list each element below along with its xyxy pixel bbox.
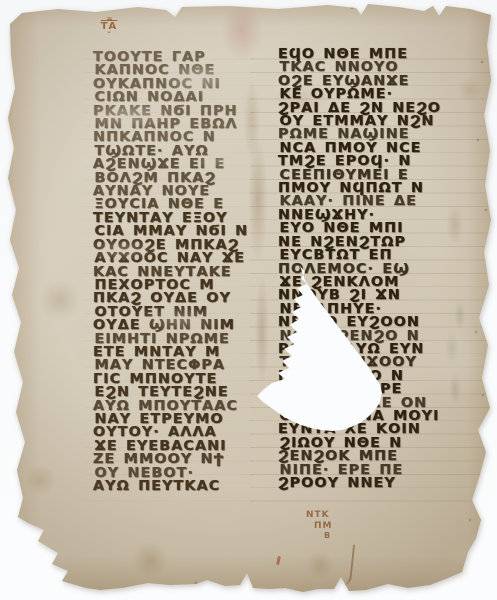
- text-line: ΜΑΥ ΝΤΕϹΦΡΑ: [95, 359, 249, 372]
- colophon-line-1: ΝΤΚ: [306, 510, 333, 521]
- text-line: ΚΕ ΟΥΡΩΜΕ·: [280, 88, 443, 101]
- text-line: ϨΡΑΙ ΔΕ ϨΝ ΝΕϨΟ: [278, 102, 441, 115]
- text-line: ΠΕΧΟΡΤΟϹ Μ: [95, 279, 249, 292]
- text-column-left: ΤΟΟΥΤΕ ΓΑΡΚΑΠΝΟϹ ΝΘΕΟΥΚΑΠΝΟϹ ΝΙϹΙΩΝ ΝΟΔΑ…: [93, 51, 233, 493]
- parchment-leaf: = ΤΑ ˇ ΤΟΟΥΤΕ ΓΑΡΚΑΠΝΟϹ ΝΘΕΟΥΚΑΠΝΟϹ ΝΙϹΙ…: [0, 0, 497, 600]
- text-line: ΟΥΟΟϨΕ ΜΠΚΑϨ: [93, 239, 247, 252]
- page-number: = ΤΑ ˇ: [97, 16, 121, 39]
- colophon-line-2: ΠΜ: [314, 521, 333, 531]
- text-line: ΡΩΜΕ ΝΑϢΙΝΕ: [278, 128, 441, 141]
- text-line: ΕΙΜΗΤΙ ΝΡΩΜΕ: [95, 333, 249, 346]
- text-line: ΑϨΕΝϢϪΕ ΕΙ Ε: [93, 158, 247, 171]
- text-line: ΞΟΥϹΙΑ ΝΘΕ Ε: [95, 198, 249, 211]
- text-line: ϪΕ ΕΥΕΒΑϹΑΝΙ: [95, 440, 249, 453]
- text-line: ϹΙΑ ΜΜΑΥ ΝϬΙ Ν: [95, 225, 249, 238]
- text-line: ϹΕΕΠΙΘΥΜΕΙ Ε: [280, 169, 443, 182]
- text-line: ΝϹΑ ΠΜΟΥ ΝϹΕ: [280, 142, 443, 155]
- text-line: ΚΑΠΝΟϹ ΝΘΕ: [95, 64, 249, 77]
- text-line: ΝΝΕϢϪΗΥ·: [278, 209, 441, 222]
- manuscript-leaf-wrap: = ΤΑ ˇ ΤΟΟΥΤΕ ΓΑΡΚΑΠΝΟϹ ΝΘΕΟΥΚΑΠΝΟϹ ΝΙϹΙ…: [0, 0, 497, 600]
- text-line: ΟΤΟΥΕΤ ΝΙΜ: [95, 306, 249, 319]
- text-line: ΑΥΩ ΜΠΟΥΤΑΑϹ: [93, 400, 247, 413]
- colophon-line-3: Β: [324, 531, 333, 540]
- manuscript-photo: { "artifact": { "description_label": "Co…: [0, 0, 497, 600]
- text-line: ΠΜΟΥ ΝϤΠΩΤ Ν: [278, 182, 441, 195]
- text-line: ΟΥΚΑΠΝΟϹ ΝΙ: [93, 78, 247, 91]
- text-line: ΑΥΝΑΥ ΝΟΥΕ: [93, 185, 247, 198]
- text-line: ΤΚΑϹ ΝΝΟΥΟ: [280, 61, 443, 74]
- text-line: ϹΙΩΝ ΝΟΔΑΙ: [95, 91, 249, 104]
- text-line: ΒΟΛϨΜ ΠΚΑϨ: [95, 172, 249, 185]
- text-line: ΖΕ ΜΜΟΟΥ ΝϮ: [93, 453, 247, 466]
- text-line: ΕϤΟ ΝΘΕ ΜΠΕ: [278, 48, 441, 61]
- text-line: ΟΥΤΟΥ· ΑΛΛΑ: [93, 426, 247, 439]
- page-number-mark-bottom: ˇ: [97, 32, 121, 39]
- text-line: ΟΥ ΝΕΒΟΤ·: [95, 467, 249, 480]
- text-line: ΝΕ ΝϨΕΝϨΤΩΡ: [278, 236, 441, 249]
- text-line: ΤΟΟΥΤΕ ΓΑΡ: [93, 51, 247, 64]
- text-line: ΜΝ ΠΑΗΡ ΕΒΩΛ: [95, 118, 249, 131]
- text-line: ΑΥΩ ΠΕΥΤΚΑϹ: [93, 480, 247, 493]
- text-line: ΤΜϨΕ ΕΡΟϤ· Ν: [278, 155, 441, 168]
- colophon-inscription: ΝΤΚ ΠΜ Β: [296, 510, 333, 540]
- text-line: ϨΙΩΟΥ ΝΘΕ Ν: [280, 437, 443, 450]
- red-ink-mark: [276, 556, 281, 565]
- text-line: ΝΑΥ ΕΤΡΕΥΜΟ: [95, 413, 249, 426]
- colophon-flourish-stroke: [339, 543, 355, 586]
- text-line: ΡΚΑΚΕ ΝϬΙ ΠΡΗ: [93, 105, 247, 118]
- text-line: ΚΑΑΥ· ΠΙΝΕ ΔΕ: [280, 195, 443, 208]
- text-line: ΚΑϹ ΝΝΕΥΤΑΚΕ: [93, 266, 247, 279]
- text-line: ΕϨΝ ΤΕΥΤΕϨΝΕ: [95, 386, 249, 399]
- text-line: ΕΥϹΒΤΩΤ ΕΠ: [280, 249, 443, 262]
- text-line: ΤΕΥΝΤΑΥ ΕΞΟΥ: [93, 212, 247, 225]
- text-line: ΝΠΚΑΠΝΟϹ Ν: [93, 131, 247, 144]
- text-line: ΤϢΩΤΕ· ΑΥΩ: [95, 145, 249, 158]
- text-line: ΟϨΕ ΕΥϢΑΝϪΕ: [278, 75, 441, 88]
- text-line: ΝΙΠΕ· ΕΡΕ ΠΕ: [280, 464, 443, 477]
- text-line: ϨΕΝϨΟΚ ΜΠΕ: [278, 450, 441, 463]
- text-line: ΟΥ ΕΤΜΜΑΥ ΝϨΝ: [280, 115, 443, 128]
- text-line: ΟΥΔΕ ϢΗΝ ΝΙΜ: [93, 319, 247, 332]
- text-line: ΠΚΑϨ ΟΥΔΕ ΟΥ: [93, 292, 247, 305]
- text-line: ΑΥϪΟΟϹ ΝΑΥ ϪΕ: [95, 252, 249, 265]
- text-line: ΕΥΟ ΝΘΕ ΜΠΙ: [280, 222, 443, 235]
- text-line: ΕΤΕ ΜΝΤΑΥ Μ: [93, 346, 247, 359]
- text-line: ΓΙϹ ΜΠΝΟΥΤΕ: [93, 373, 247, 386]
- text-line: ϨΡΟΟΥ ΝΝΕΥ: [278, 477, 441, 490]
